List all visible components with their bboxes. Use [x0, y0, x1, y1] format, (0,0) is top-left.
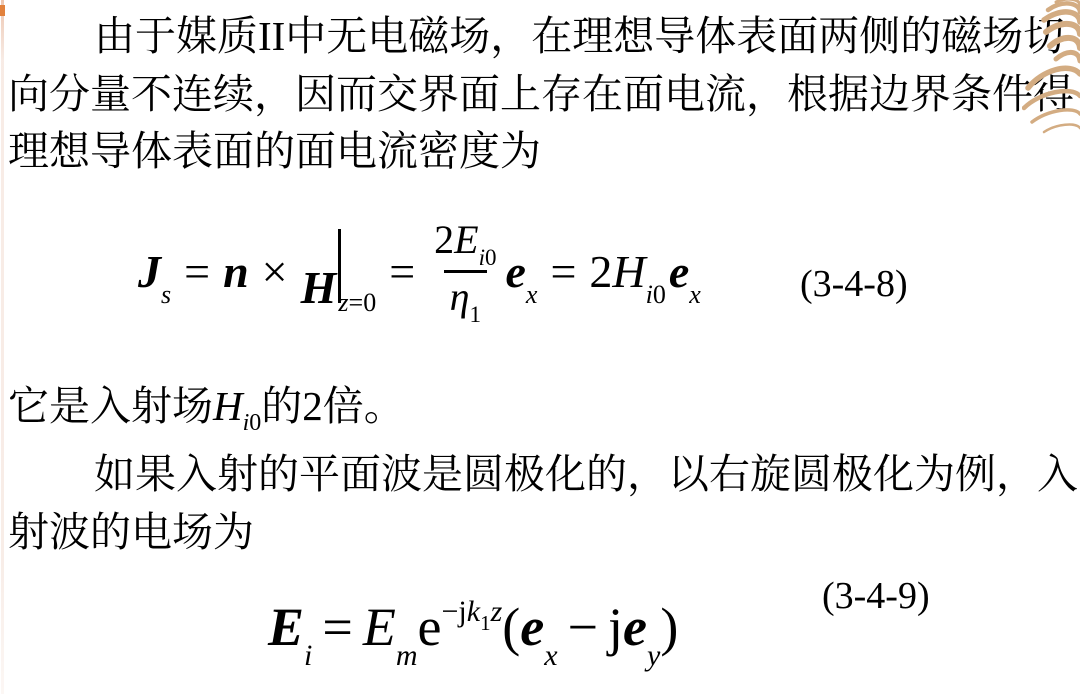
eq2-left-paren: ( — [502, 597, 520, 657]
eq1-num-coeff: 2 — [434, 217, 454, 262]
equation-number-3-4-9: (3-4-9) — [822, 574, 930, 618]
eq2-Em: E — [363, 597, 396, 657]
paragraph-2: 如果入射的平面波是圆极化的，以右旋圆极化为例，入 射波的电场为 — [8, 446, 1076, 561]
paragraph-2-line-1: 如果入射的平面波是圆极化的，以右旋圆极化为例，入 — [8, 446, 1076, 504]
eq1-bar-sub-z: z — [338, 288, 348, 317]
equation-3-4-9: Ei=Eme−jk1z(ex−jey) — [268, 592, 678, 673]
paragraph-2-line-2: 射波的电场为 — [8, 504, 1076, 562]
paragraph-1-line-3: 理想导体表面的面电流密度为 — [8, 123, 1076, 181]
eq1-den-sub-1: 1 — [469, 302, 481, 327]
eq2-exp-z: z — [491, 595, 503, 628]
equation-3-4-8: Js = n × H z=0 = 2Ei0 η1 ex = 2Hi0 ex — [138, 218, 714, 324]
eq2-E: E — [268, 597, 304, 657]
slide: 由于媒质II中无电磁场，在理想导体表面两侧的磁场切 向分量不连续，因而交界面上存… — [0, 0, 1080, 694]
eq1-e-b-subscript: x — [689, 280, 701, 309]
eq1-e-a-subscript: x — [526, 280, 538, 309]
eq1-2Hi0: 2Hi0 — [589, 245, 665, 298]
eq2-exp-k: k — [467, 595, 480, 628]
eq1-J-subscript: s — [161, 280, 171, 309]
eq2-j: j — [608, 597, 623, 657]
eq1-equals-a: = — [184, 245, 210, 298]
eq1-n: n — [223, 245, 249, 298]
eq1-Js: Js — [138, 245, 171, 298]
eq2-ex: e — [520, 597, 544, 657]
eq1-H-bar: H — [301, 229, 342, 314]
eq1-bar-subscript: z=0 — [338, 288, 376, 318]
eq1-num-sub-0: 0 — [485, 245, 497, 270]
sentence-Hi0-twice: 它是入射场Hi0的2倍。 — [8, 378, 1076, 443]
eq1-cross-product: × — [262, 245, 288, 298]
eq2-right-paren: ) — [660, 597, 678, 657]
eq2-equals: = — [322, 597, 352, 657]
eq2-ex-subscript: x — [544, 639, 557, 672]
coffee-swirl-logo — [1022, 0, 1080, 138]
eq1-H: H — [301, 262, 337, 313]
eq1-fraction: 2Ei0 η1 — [428, 217, 502, 326]
eq1-H2: H — [612, 246, 645, 297]
eq1-H2-sub-i: i — [646, 280, 653, 309]
eq2-Em-subscript: m — [396, 639, 418, 672]
eq1-J: J — [138, 246, 161, 297]
eq1-bar-sub-eq0: =0 — [349, 288, 377, 317]
eq2-ey-subscript: y — [647, 639, 660, 672]
eq2-exp-minus-j: −j — [441, 595, 466, 628]
eq2-exponent: −jk1z — [441, 595, 502, 628]
eq1-den-eta: η — [450, 274, 470, 319]
paragraph-1-line-2: 向分量不连续，因而交界面上存在面电流，根据边界条件得 — [8, 66, 1076, 124]
sentence-H-sub-0: 0 — [249, 410, 261, 436]
eq2-ey: e — [623, 597, 647, 657]
eq2-E-subscript: i — [304, 639, 312, 672]
eq1-fraction-numerator: 2Ei0 — [428, 217, 502, 269]
paragraph-1: 由于媒质II中无电磁场，在理想导体表面两侧的磁场切 向分量不连续，因而交界面上存… — [8, 8, 1076, 181]
eq1-fraction-denominator: η1 — [444, 270, 487, 326]
sentence-H: H — [213, 383, 243, 429]
eq2-exp-base-e: e — [418, 597, 442, 657]
eq1-ex-b: ex — [669, 245, 701, 298]
eq2-minus: − — [568, 597, 598, 657]
left-edge-accent — [1, 0, 4, 694]
eq1-equals-c: = — [550, 245, 576, 298]
eq2-exp-k-subscript: 1 — [480, 611, 491, 635]
equation-number-3-4-8: (3-4-8) — [800, 262, 908, 306]
corner-mark — [0, 5, 5, 16]
eq1-ex-a: ex — [505, 245, 537, 298]
eq1-H2-sub-0: 0 — [653, 280, 666, 309]
paragraph-1-line-1: 由于媒质II中无电磁场，在理想导体表面两侧的磁场切 — [8, 8, 1076, 66]
eq1-e-b: e — [669, 246, 689, 297]
sentence-post-text: 的2倍。 — [261, 383, 405, 429]
eq1-coeff-2: 2 — [589, 246, 612, 297]
eq1-e-a: e — [505, 246, 525, 297]
eq1-equals-b: = — [389, 245, 415, 298]
sentence-pre-text: 它是入射场 — [8, 383, 213, 429]
eq1-num-E: E — [454, 217, 478, 262]
